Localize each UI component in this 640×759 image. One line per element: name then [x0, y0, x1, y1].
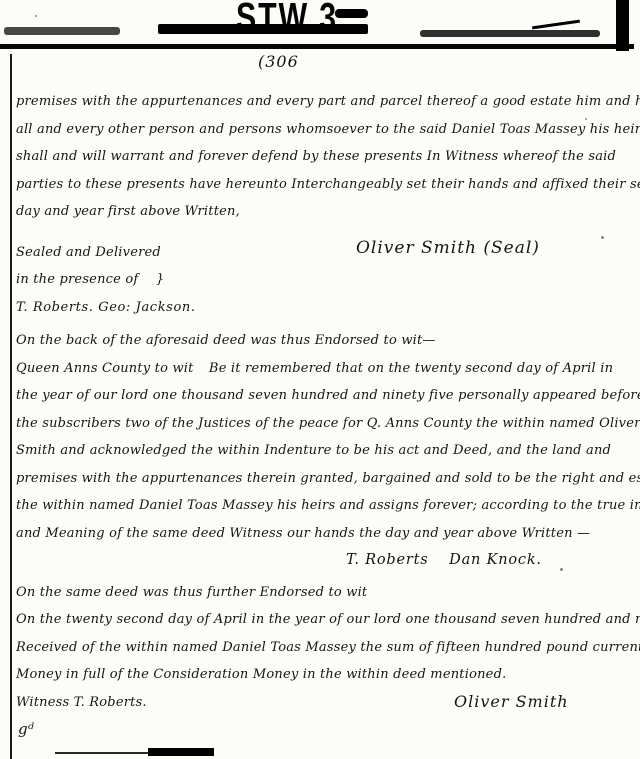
archive-stamp-label: STW 3	[236, 0, 338, 40]
manuscript-line-justice-signatures: T. Roberts Dan Knock.	[16, 547, 634, 575]
manuscript-lines: premises with the appurtenances and ever…	[16, 88, 634, 744]
left-margin-rule	[10, 54, 12, 759]
scan-speckle	[35, 15, 37, 17]
manuscript-line-acknowledgment-body: Queen Anns County to wit Be it remembere…	[16, 355, 634, 383]
manuscript-line-attestation-start: Sealed and Delivered	[16, 239, 634, 267]
manuscript-line-deed-body: parties to these presents have hereunto …	[16, 171, 634, 199]
manuscript-line-acknowledgment-body: premises with the appurtenances therein …	[16, 465, 634, 493]
manuscript-line-witness-names: T. Roberts. Geo: Jackson.	[16, 294, 634, 322]
stamp-ink-dash	[335, 9, 368, 18]
bottom-rule-thick	[148, 748, 214, 756]
manuscript-line-clerk-mark: gᵈ	[16, 716, 634, 744]
top-right-vertical-bar	[616, 0, 629, 51]
corner-ink-tick	[532, 20, 580, 30]
manuscript-line-deed-body: shall and will warrant and forever defen…	[16, 143, 634, 171]
manuscript-line-acknowledgment-body: Smith and acknowledged the within Indent…	[16, 437, 634, 465]
manuscript-line-receipt-body: Received of the within named Daniel Toas…	[16, 634, 634, 662]
ink-smudge-bar-center	[158, 24, 368, 34]
top-horizontal-rule	[0, 44, 634, 49]
manuscript-line-grantor-signature: Oliver Smith	[454, 688, 569, 716]
scanned-deed-page: STW 3 (306 premises with the appurtenanc…	[0, 0, 640, 759]
manuscript-line-acknowledgment-body: the year of our lord one thousand seven …	[16, 382, 634, 410]
manuscript-line-deed-body: day and year first above Written,	[16, 198, 634, 226]
manuscript-line-acknowledgment-body: the subscribers two of the Justices of t…	[16, 410, 634, 438]
manuscript-line-receipt-body: Money in full of the Consideration Money…	[16, 661, 634, 689]
manuscript-line-endorsement-heading: On the back of the aforesaid deed was th…	[16, 327, 634, 355]
ink-smudge-bar-left	[4, 27, 120, 35]
manuscript-line-receipt-body: On the twenty second day of April in the…	[16, 606, 634, 634]
manuscript-line-attestation: in the presence of }	[16, 266, 634, 294]
manuscript-line-acknowledgment-body: the within named Daniel Toas Massey his …	[16, 492, 634, 520]
manuscript-line-seal-signature: Oliver Smith (Seal)	[356, 235, 540, 263]
manuscript-line-further-endorsement-heading: On the same deed was thus further Endors…	[16, 579, 634, 607]
manuscript-line-deed-body: premises with the appurtenances and ever…	[16, 88, 634, 116]
manuscript-line-deed-body: all and every other person and persons w…	[16, 116, 634, 144]
ink-smudge-bar-right	[420, 30, 600, 37]
manuscript-line-acknowledgment-body: and Meaning of the same deed Witness our…	[16, 520, 634, 548]
page-number: (306	[258, 52, 299, 71]
